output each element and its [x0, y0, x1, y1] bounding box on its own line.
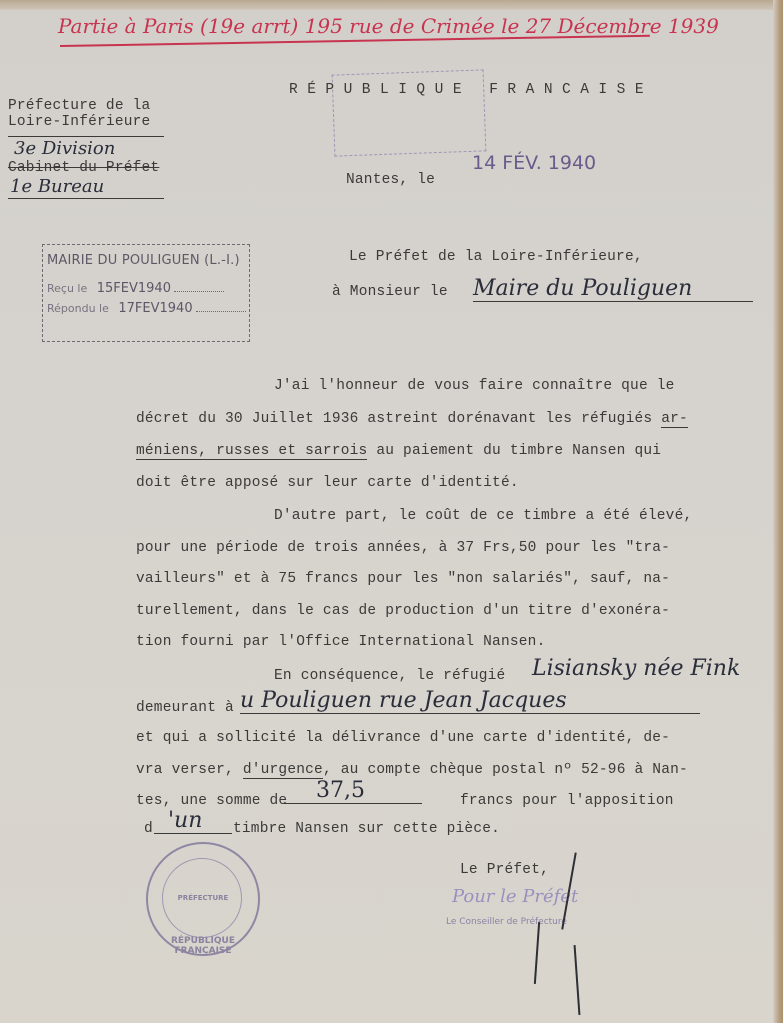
bureau-handwritten: 1e Bureau [10, 176, 104, 197]
prefecture-line2: Loire-Inférieure [8, 114, 150, 130]
p1-line1: J'ai l'honneur de vous faire connaître q… [274, 378, 675, 394]
p1-line3: méniens, russes et sarrois au paiement d… [136, 443, 661, 459]
address-to-handwritten: Maire du Pouliguen [473, 276, 753, 302]
division-handwritten: 3e Division [14, 138, 115, 159]
p1-line2-text: décret du 30 Juillet 1936 astreint dorén… [136, 411, 661, 427]
p2-line1: D'autre part, le coût de ce timbre a été… [274, 508, 692, 524]
p3-line4-text-c: , au compte chèque postal nº 52-96 à Nan… [323, 762, 688, 778]
header-rule-bottom [8, 198, 164, 199]
received-date: 15FEV1940 [97, 281, 171, 296]
place-prefix: Nantes, le [346, 172, 435, 188]
p3-line4-text-a: vra verser, [136, 762, 243, 778]
mairie-stamp-title: MAIRIE DU POULIGUEN (L.-I.) [47, 253, 240, 268]
signature-title: Le Préfet, [460, 862, 549, 878]
seal-outer-text: RÉPUBLIQUE FRANÇAISE [148, 936, 258, 956]
p1-line3-text: au paiement du timbre Nansen qui [367, 443, 661, 459]
residence-handwritten: u Pouliguen rue Jean Jacques [240, 688, 700, 714]
header-rule [8, 136, 164, 137]
received-label: Reçu le [47, 282, 87, 295]
seal-inner-text: PRÉFECTURE [148, 894, 258, 902]
answered-row: Répondu le 17FEV1940 [47, 301, 246, 316]
refugee-name-handwritten: Lisiansky née Fink [532, 656, 740, 681]
paper-right-edge [773, 0, 783, 1023]
republic-heading: RÉPUBLIQUE FRANCAISE [289, 82, 653, 98]
p1-line3-underlined: méniens, russes et sarrois [136, 443, 367, 460]
p3-line4: vra verser, d'urgence, au compte chèque … [136, 762, 688, 778]
p2-line5: tion fourni par l'Office International N… [136, 634, 545, 650]
p3-line5-prefix: tes, une somme de [136, 793, 287, 809]
p3-line2-prefix: demeurant à [136, 700, 234, 716]
mairie-received-stamp: MAIRIE DU POULIGUEN (L.-I.) Reçu le 15FE… [42, 244, 250, 342]
address-from: Le Préfet de la Loire-Inférieure, [349, 249, 643, 265]
prefecture-seal: RÉPUBLIQUE FRANÇAISE PRÉFECTURE [146, 842, 260, 956]
prefecture-line1: Préfecture de la [8, 98, 150, 114]
date-stamp: 14 FÉV. 1940 [472, 152, 596, 174]
p1-line2: décret du 30 Juillet 1936 astreint dorén… [136, 411, 688, 427]
p3-line3: et qui a sollicité la délivrance d'une c… [136, 730, 670, 746]
answered-dots [196, 311, 246, 312]
p2-line2: pour une période de trois années, à 37 F… [136, 540, 670, 556]
urgency-underlined: d'urgence [243, 762, 323, 779]
p1-line4: doit être apposé sur leur carte d'identi… [136, 475, 519, 491]
p2-line4: turellement, dans le cas de production d… [136, 603, 670, 619]
p1-line2-underlined: ar- [661, 411, 688, 428]
answered-label: Répondu le [47, 302, 109, 315]
amount-handwritten: 37,5 [284, 778, 422, 804]
p3-line6-suffix: timbre Nansen sur cette pièce. [233, 821, 500, 837]
address-to-prefix: à Monsieur le [332, 284, 448, 300]
cabinet-struck: Cabinet du Préfet [8, 160, 159, 176]
p3-line1-prefix: En conséquence, le réfugié [274, 668, 505, 684]
p2-line3: vailleurs" et à 75 francs pour les "non … [136, 571, 670, 587]
p3-line5-suffix: francs pour l'apposition [460, 793, 674, 809]
received-dots [174, 291, 224, 292]
paper-top-edge [0, 0, 783, 10]
signature-stamp-line1: Pour le Préfet [452, 886, 578, 907]
p3-line6-prefix: d [144, 821, 153, 837]
article-handwritten: 'un [154, 808, 232, 834]
received-row: Reçu le 15FEV1940 [47, 281, 224, 296]
signature-stamp-line2: Le Conseiller de Préfecture [446, 917, 567, 927]
answered-date: 17FEV1940 [118, 301, 192, 316]
